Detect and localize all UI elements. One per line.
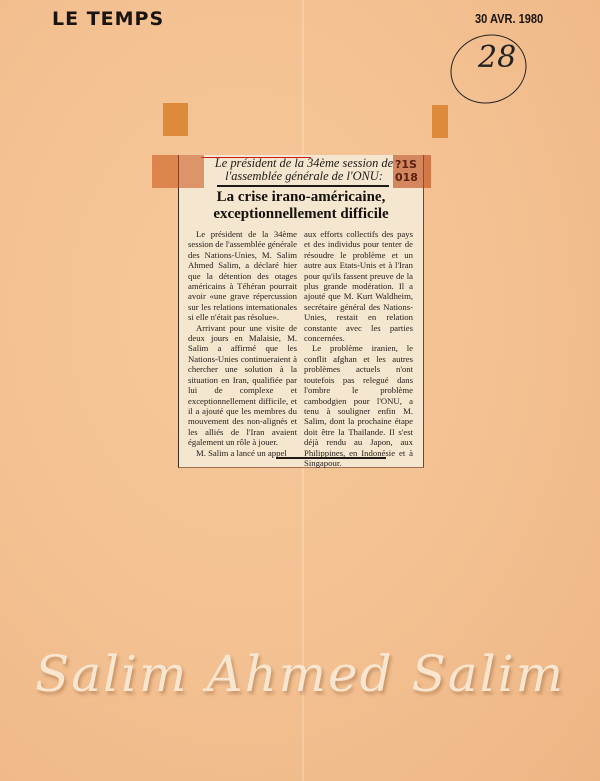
signature-watermark: Salim Ahmed Salim — [30, 645, 570, 703]
publication-name: LE TEMPS — [52, 8, 164, 30]
article-column-2: aux efforts collectifs des pays et des i… — [304, 229, 413, 468]
kicker-divider — [217, 185, 389, 187]
paragraph: Le problème iranien, le conflit afghan e… — [304, 343, 413, 468]
article-column-1: Le président de la 34ème session de l'as… — [188, 229, 297, 458]
tape-strip — [152, 155, 204, 188]
paragraph: Le président de la 34ème session de l'as… — [188, 229, 297, 323]
date-stamp: 30 AVR. 1980 — [475, 11, 543, 26]
tape-strip — [163, 103, 188, 136]
article-kicker: Le président de la 34ème session de l'as… — [199, 157, 409, 183]
newspaper-clipping: Le président de la 34ème session de l'as… — [178, 155, 424, 468]
article-headline: La crise irano-américaine, exceptionnell… — [179, 189, 423, 223]
paragraph: Arrivant pour une visite de deux jours e… — [188, 323, 297, 448]
page-number: 28 — [478, 40, 516, 75]
article-end-rule — [276, 457, 386, 459]
adjacent-clipping-fragment: ?1S 018 — [395, 158, 421, 188]
tape-strip — [432, 105, 448, 138]
paragraph: aux efforts collectifs des pays et des i… — [304, 229, 413, 343]
